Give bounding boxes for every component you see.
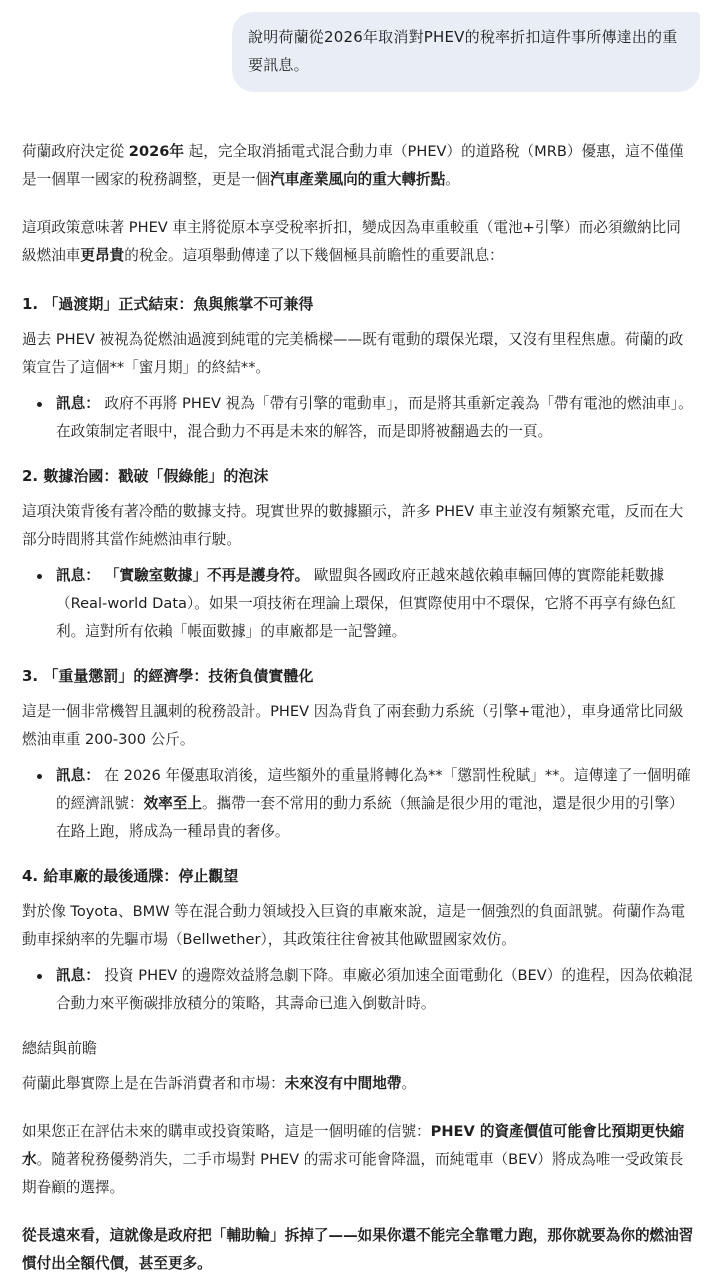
bullet-dot-icon: [37, 974, 42, 979]
section-3: 3. 「重量懲罰」的經濟學：技術負債實體化 這是一個非常機智且諷刺的稅務設計。P…: [22, 662, 694, 846]
bullet-text: 政府不再將 PHEV 視為「帶有引擎的電動車」，而是將其重新定義為「帶有電池的燃…: [56, 395, 693, 440]
summary-paragraph-1: 荷蘭此舉實際上是在告訴消費者和市場：未來沒有中間地帶。: [22, 1070, 694, 1098]
bullet-list: 訊息： 「實驗室數據」不再是護身符。 歐盟與各國政府正越來越依賴車輛回傳的實際能…: [22, 562, 694, 646]
bullet-list: 訊息： 在 2026 年優惠取消後，這些額外的重量將轉化為**「懲罰性稅賦」**…: [22, 762, 694, 846]
section-1: 1. 「過渡期」正式結束：魚與熊掌不可兼得 過去 PHEV 被視為從燃油過渡到純…: [22, 290, 694, 446]
text-run: 。: [445, 171, 460, 188]
summary-section: 總結與前瞻 荷蘭此舉實際上是在告訴消費者和市場：未來沒有中間地帶。 如果您正在評…: [22, 1034, 694, 1278]
user-message-text: 說明荷蘭從2026年取消對PHEV的稅率折扣這件事所傳達出的重要訊息。: [248, 28, 677, 74]
user-message-bubble: 說明荷蘭從2026年取消對PHEV的稅率折扣這件事所傳達出的重要訊息。: [232, 12, 700, 92]
text-run: 荷蘭政府決定從: [22, 143, 129, 160]
section-body: 這是一個非常機智且諷刺的稅務設計。PHEV 因為背負了兩套動力系統（引擎+電池）…: [22, 698, 694, 754]
bullet-label: 訊息：: [56, 767, 100, 784]
bold-run: 更昂貴: [80, 247, 124, 264]
bullet-item: 訊息： 投資 PHEV 的邊際效益將急劇下降。車廠必須加速全面電動化（BEV）的…: [22, 962, 694, 1018]
bullet-dot-icon: [37, 774, 42, 779]
bullet-text: 投資 PHEV 的邊際效益將急劇下降。車廠必須加速全面電動化（BEV）的進程，因…: [56, 967, 693, 1012]
bullet-label: 訊息：: [56, 967, 100, 984]
bullet-label: 訊息：: [56, 395, 100, 412]
text-run: 如果您正在評估未來的購車或投資策略，這是一個明確的信號：: [22, 1123, 431, 1140]
bullet-label: 訊息：: [56, 567, 100, 584]
bold-run: 「實驗室數據」不再是護身符。: [100, 567, 309, 584]
intro-paragraph-2: 這項政策意味著 PHEV 車主將從原本享受稅率折扣，變成因為車重較重（電池+引擎…: [22, 214, 694, 270]
text-run: 。: [401, 1075, 416, 1092]
text-run: 荷蘭此舉實際上是在告訴消費者和市場：: [22, 1075, 285, 1092]
user-message-row: 說明荷蘭從2026年取消對PHEV的稅率折扣這件事所傳達出的重要訊息。: [232, 12, 700, 92]
section-heading: 1. 「過渡期」正式結束：魚與熊掌不可兼得: [22, 290, 694, 318]
bold-run: 2026年: [129, 143, 184, 160]
section-4: 4. 給車廠的最後通牒：停止觀望 對於像 Toyota、BMW 等在混合動力領域…: [22, 862, 694, 1018]
bullet-dot-icon: [37, 574, 42, 579]
bold-run: 從長遠來看，這就像是政府把「輔助輪」拆掉了——: [22, 1227, 358, 1244]
section-heading: 2. 數據治國：戳破「假綠能」的泡沫: [22, 462, 694, 490]
section-body: 這項決策背後有著冷酷的數據支持。現實世界的數據顯示，許多 PHEV 車主並沒有頻…: [22, 498, 694, 554]
bullet-list: 訊息： 投資 PHEV 的邊際效益將急劇下降。車廠必須加速全面電動化（BEV）的…: [22, 962, 694, 1018]
bullet-item: 訊息： 政府不再將 PHEV 視為「帶有引擎的電動車」，而是將其重新定義為「帶有…: [22, 390, 694, 446]
intro-paragraph-1: 荷蘭政府決定從 2026年 起，完全取消插電式混合動力車（PHEV）的道路稅（M…: [22, 138, 694, 194]
bullet-dot-icon: [37, 402, 42, 407]
section-body: 過去 PHEV 被視為從燃油過渡到純電的完美橋樑——既有電動的環保光環，又沒有里…: [22, 326, 694, 382]
bullet-item: 訊息： 在 2026 年優惠取消後，這些額外的重量將轉化為**「懲罰性稅賦」**…: [22, 762, 694, 846]
text-run: 的稅金。這項舉動傳達了以下幾個極具前瞻性的重要訊息：: [124, 247, 503, 264]
bullet-list: 訊息： 政府不再將 PHEV 視為「帶有引擎的電動車」，而是將其重新定義為「帶有…: [22, 390, 694, 446]
section-heading: 4. 給車廠的最後通牒：停止觀望: [22, 862, 694, 890]
bold-run: 汽車產業風向的重大轉折點: [270, 171, 445, 188]
bold-run: 效率至上: [144, 795, 202, 812]
summary-heading: 總結與前瞻: [22, 1034, 694, 1062]
section-2: 2. 數據治國：戳破「假綠能」的泡沫 這項決策背後有著冷酷的數據支持。現實世界的…: [22, 462, 694, 646]
summary-paragraph-3: 從長遠來看，這就像是政府把「輔助輪」拆掉了——如果你還不能完全靠電力跑，那你就要…: [22, 1222, 694, 1278]
summary-paragraph-2: 如果您正在評估未來的購車或投資策略，這是一個明確的信號：PHEV 的資產價值可能…: [22, 1118, 694, 1202]
bullet-item: 訊息： 「實驗室數據」不再是護身符。 歐盟與各國政府正越來越依賴車輛回傳的實際能…: [22, 562, 694, 646]
text-run: 。隨著稅務優勢消失，二手市場對 PHEV 的需求可能會降溫，而純電車（BEV）將…: [22, 1151, 683, 1196]
assistant-response: 荷蘭政府決定從 2026年 起，完全取消插電式混合動力車（PHEV）的道路稅（M…: [22, 138, 694, 1278]
section-heading: 3. 「重量懲罰」的經濟學：技術負債實體化: [22, 662, 694, 690]
section-body: 對於像 Toyota、BMW 等在混合動力領域投入巨資的車廠來說，這是一個強烈的…: [22, 898, 694, 954]
bold-run: 未來沒有中間地帶: [285, 1075, 402, 1092]
